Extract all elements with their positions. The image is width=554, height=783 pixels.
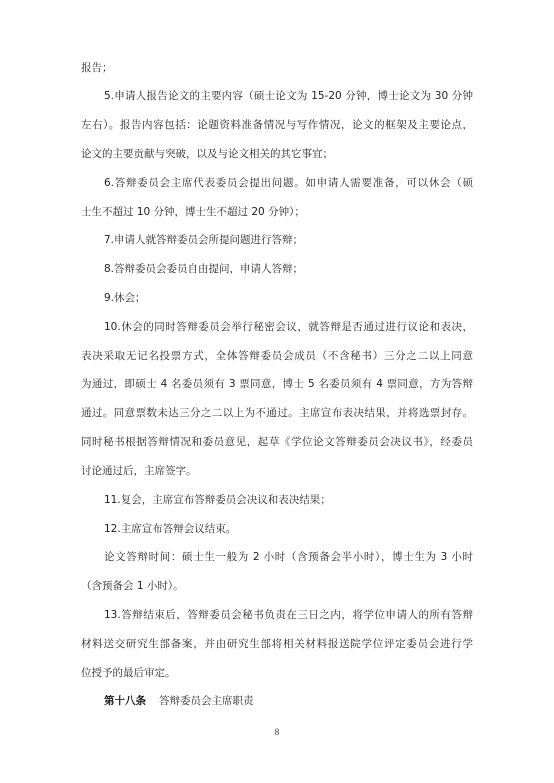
list-item-10-line: 为通过，即硕士 4 名委员须有 3 票同意，博士 5 名委员须有 4 票同意，方… bbox=[81, 370, 473, 399]
document-page: 报告； 5.申请人报告论文的主要内容（硕士论文为 15-20 分钟，博士论文为 … bbox=[0, 0, 554, 783]
defense-time-line: （含预备会 1 小时）。 bbox=[81, 572, 473, 601]
list-item-5-line: 5.申请人报告论文的主要内容（硕士论文为 15-20 分钟，博士论文为 30 分… bbox=[81, 82, 473, 111]
list-item-5-line: 论文的主要贡献与突破，以及与论文相关的其它事宜； bbox=[81, 140, 473, 169]
list-item-10-line: 讨论通过后，主席签字。 bbox=[81, 457, 473, 486]
article-title: 答辩委员会主席职责 bbox=[159, 695, 254, 707]
list-item-11: 11.复会，主席宣布答辩委员会决议和表决结果； bbox=[81, 486, 473, 515]
list-item-7: 7.申请人就答辩委员会所提问题进行答辩； bbox=[81, 226, 473, 255]
list-item-13-line: 13.答辩结束后，答辩委员会秘书负责在三日之内，将学位申请人的所有答辩 bbox=[81, 601, 473, 630]
paragraph-line: 报告； bbox=[81, 54, 473, 83]
list-item-10-line: 10.休会的同时答辩委员会举行秘密会议，就答辩是否通过进行议论和表决， bbox=[81, 313, 473, 342]
list-item-6-line: 士生不超过 10 分钟，博士生不超过 20 分钟）； bbox=[81, 198, 473, 227]
list-item-10-line: 通过。同意票数未达三分之二以上为不通过。主席宣布表决结果，并将选票封存。 bbox=[81, 399, 473, 428]
list-item-10-line: 同时秘书根据答辩情况和委员意见，起草《学位论文答辩委员会决议书》，经委员 bbox=[81, 428, 473, 457]
list-item-8: 8.答辩委员会委员自由提问，申请人答辩； bbox=[81, 255, 473, 284]
document-body: 报告； 5.申请人报告论文的主要内容（硕士论文为 15-20 分钟，博士论文为 … bbox=[81, 54, 473, 717]
list-item-6-line: 6.答辩委员会主席代表委员会提出问题。如申请人需要准备，可以休会（硕 bbox=[81, 169, 473, 198]
article-number: 第十八条 bbox=[104, 695, 146, 707]
article-heading: 第十八条答辩委员会主席职责 bbox=[81, 687, 473, 716]
defense-time-line: 论文答辩时间：硕士生一般为 2 小时（含预备会半小时），博士生为 3 小时 bbox=[81, 543, 473, 572]
list-item-13-line: 位授予的最后审定。 bbox=[81, 659, 473, 688]
list-item-13-line: 材料送交研究生部备案，并由研究生部将相关材料报送院学位评定委员会进行学 bbox=[81, 630, 473, 659]
page-number: 8 bbox=[0, 725, 554, 739]
list-item-12: 12.主席宣布答辩会议结束。 bbox=[81, 515, 473, 544]
list-item-10-line: 表决采取无记名投票方式，全体答辩委员会成员（不含秘书）三分之二以上同意 bbox=[81, 342, 473, 371]
list-item-9: 9.休会； bbox=[81, 284, 473, 313]
list-item-5-line: 左右）。报告内容包括：论题资料准备情况与写作情况，论文的框架及主要论点， bbox=[81, 111, 473, 140]
